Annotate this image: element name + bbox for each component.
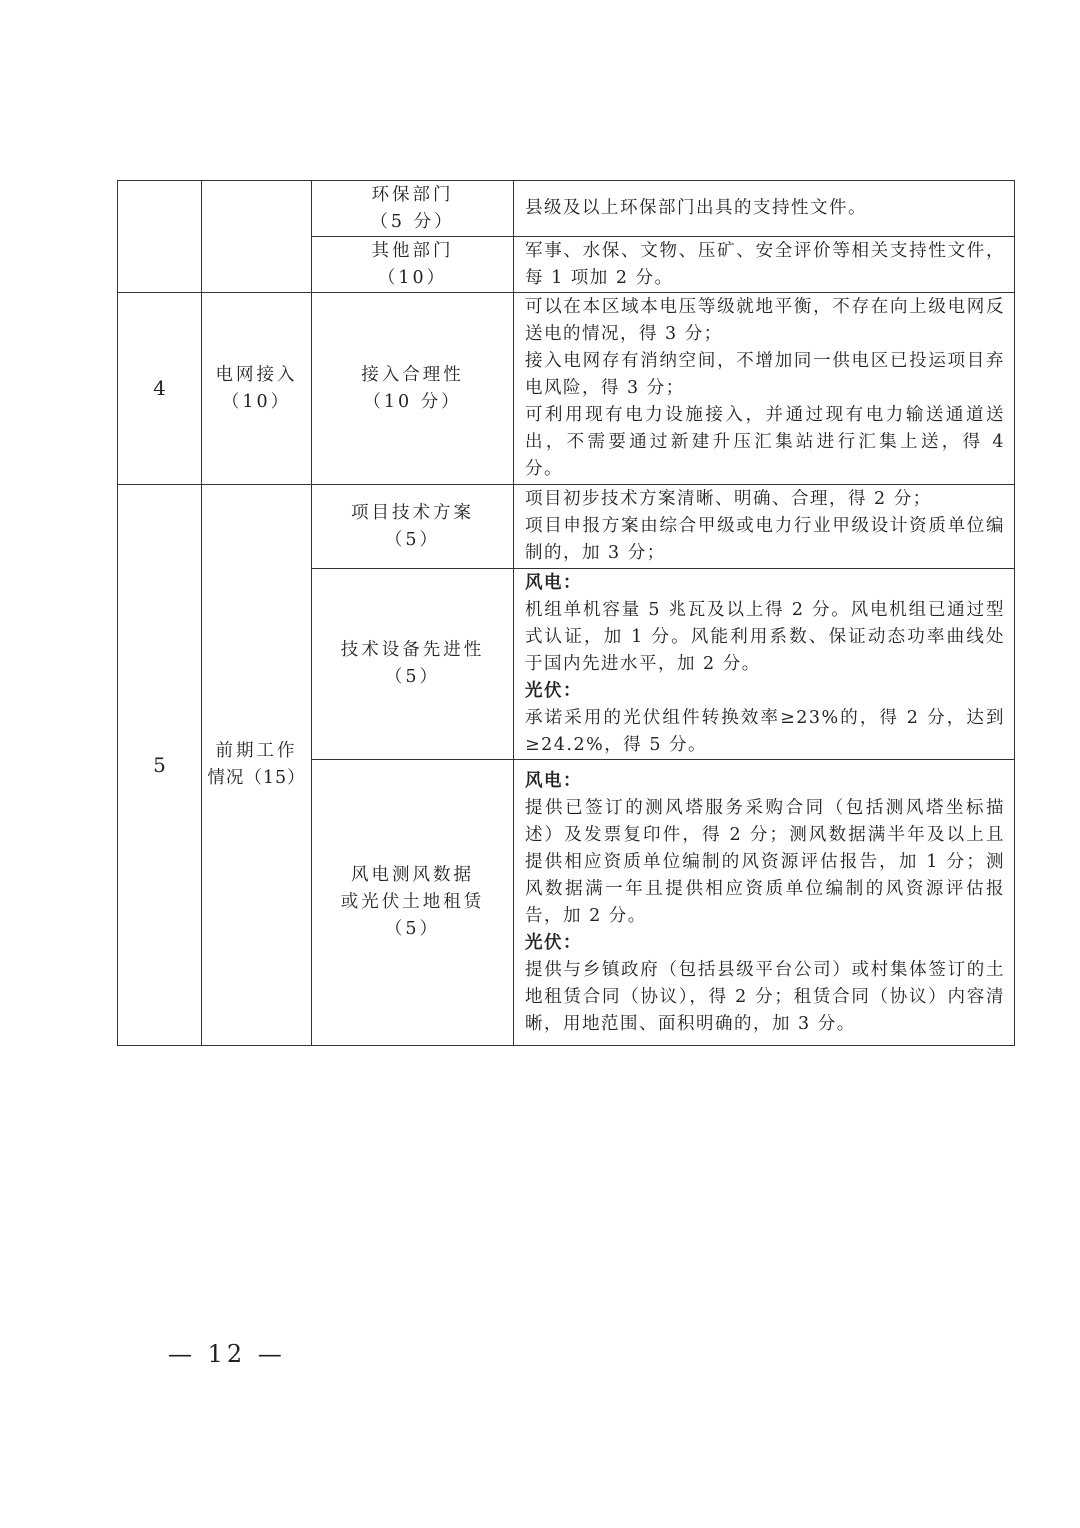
scoring-table: 环保部门 （5 分） 县级及以上环保部门出具的支持性文件。 其他部门 （10） … xyxy=(117,180,1015,1046)
row-category: 前期工作 情况（15） xyxy=(202,485,312,1046)
row-number: 5 xyxy=(118,485,202,1046)
row-category: 电网接入 （10） xyxy=(202,293,312,485)
wind-heading: 风电： xyxy=(525,570,1005,597)
item-name: 其他部门 （10） xyxy=(312,237,514,293)
wind-heading: 风电： xyxy=(525,768,1005,795)
item-name: 技术设备先进性 （5） xyxy=(312,569,514,760)
row-category xyxy=(202,181,312,293)
item-description: 风电： 机组单机容量 5 兆瓦及以上得 2 分。风电机组已通过型式认证，加 1 … xyxy=(514,569,1015,760)
item-description: 县级及以上环保部门出具的支持性文件。 xyxy=(514,181,1015,237)
solar-heading: 光伏： xyxy=(525,930,1005,957)
item-name: 接入合理性 （10 分） xyxy=(312,293,514,485)
item-description: 可以在本区域本电压等级就地平衡，不存在向上级电网反送电的情况，得 3 分； 接入… xyxy=(514,293,1015,485)
solar-heading: 光伏： xyxy=(525,678,1005,705)
item-name: 环保部门 （5 分） xyxy=(312,181,514,237)
table-row: 4 电网接入 （10） 接入合理性 （10 分） 可以在本区域本电压等级就地平衡… xyxy=(118,293,1015,485)
table-row: 5 前期工作 情况（15） 项目技术方案 （5） 项目初步技术方案清晰、明确、合… xyxy=(118,485,1015,569)
row-number: 4 xyxy=(118,293,202,485)
table-row: 环保部门 （5 分） 县级及以上环保部门出具的支持性文件。 xyxy=(118,181,1015,237)
item-description: 军事、水保、文物、压矿、安全评价等相关支持性文件，每 1 项加 2 分。 xyxy=(514,237,1015,293)
item-name: 项目技术方案 （5） xyxy=(312,485,514,569)
row-number xyxy=(118,181,202,293)
item-name: 风电测风数据 或光伏土地租赁 （5） xyxy=(312,760,514,1046)
page-number: — 12 — xyxy=(168,1340,286,1368)
item-description: 风电： 提供已签订的测风塔服务采购合同（包括测风塔坐标描述）及发票复印件，得 2… xyxy=(514,760,1015,1046)
item-description: 项目初步技术方案清晰、明确、合理，得 2 分； 项目申报方案由综合甲级或电力行业… xyxy=(514,485,1015,569)
